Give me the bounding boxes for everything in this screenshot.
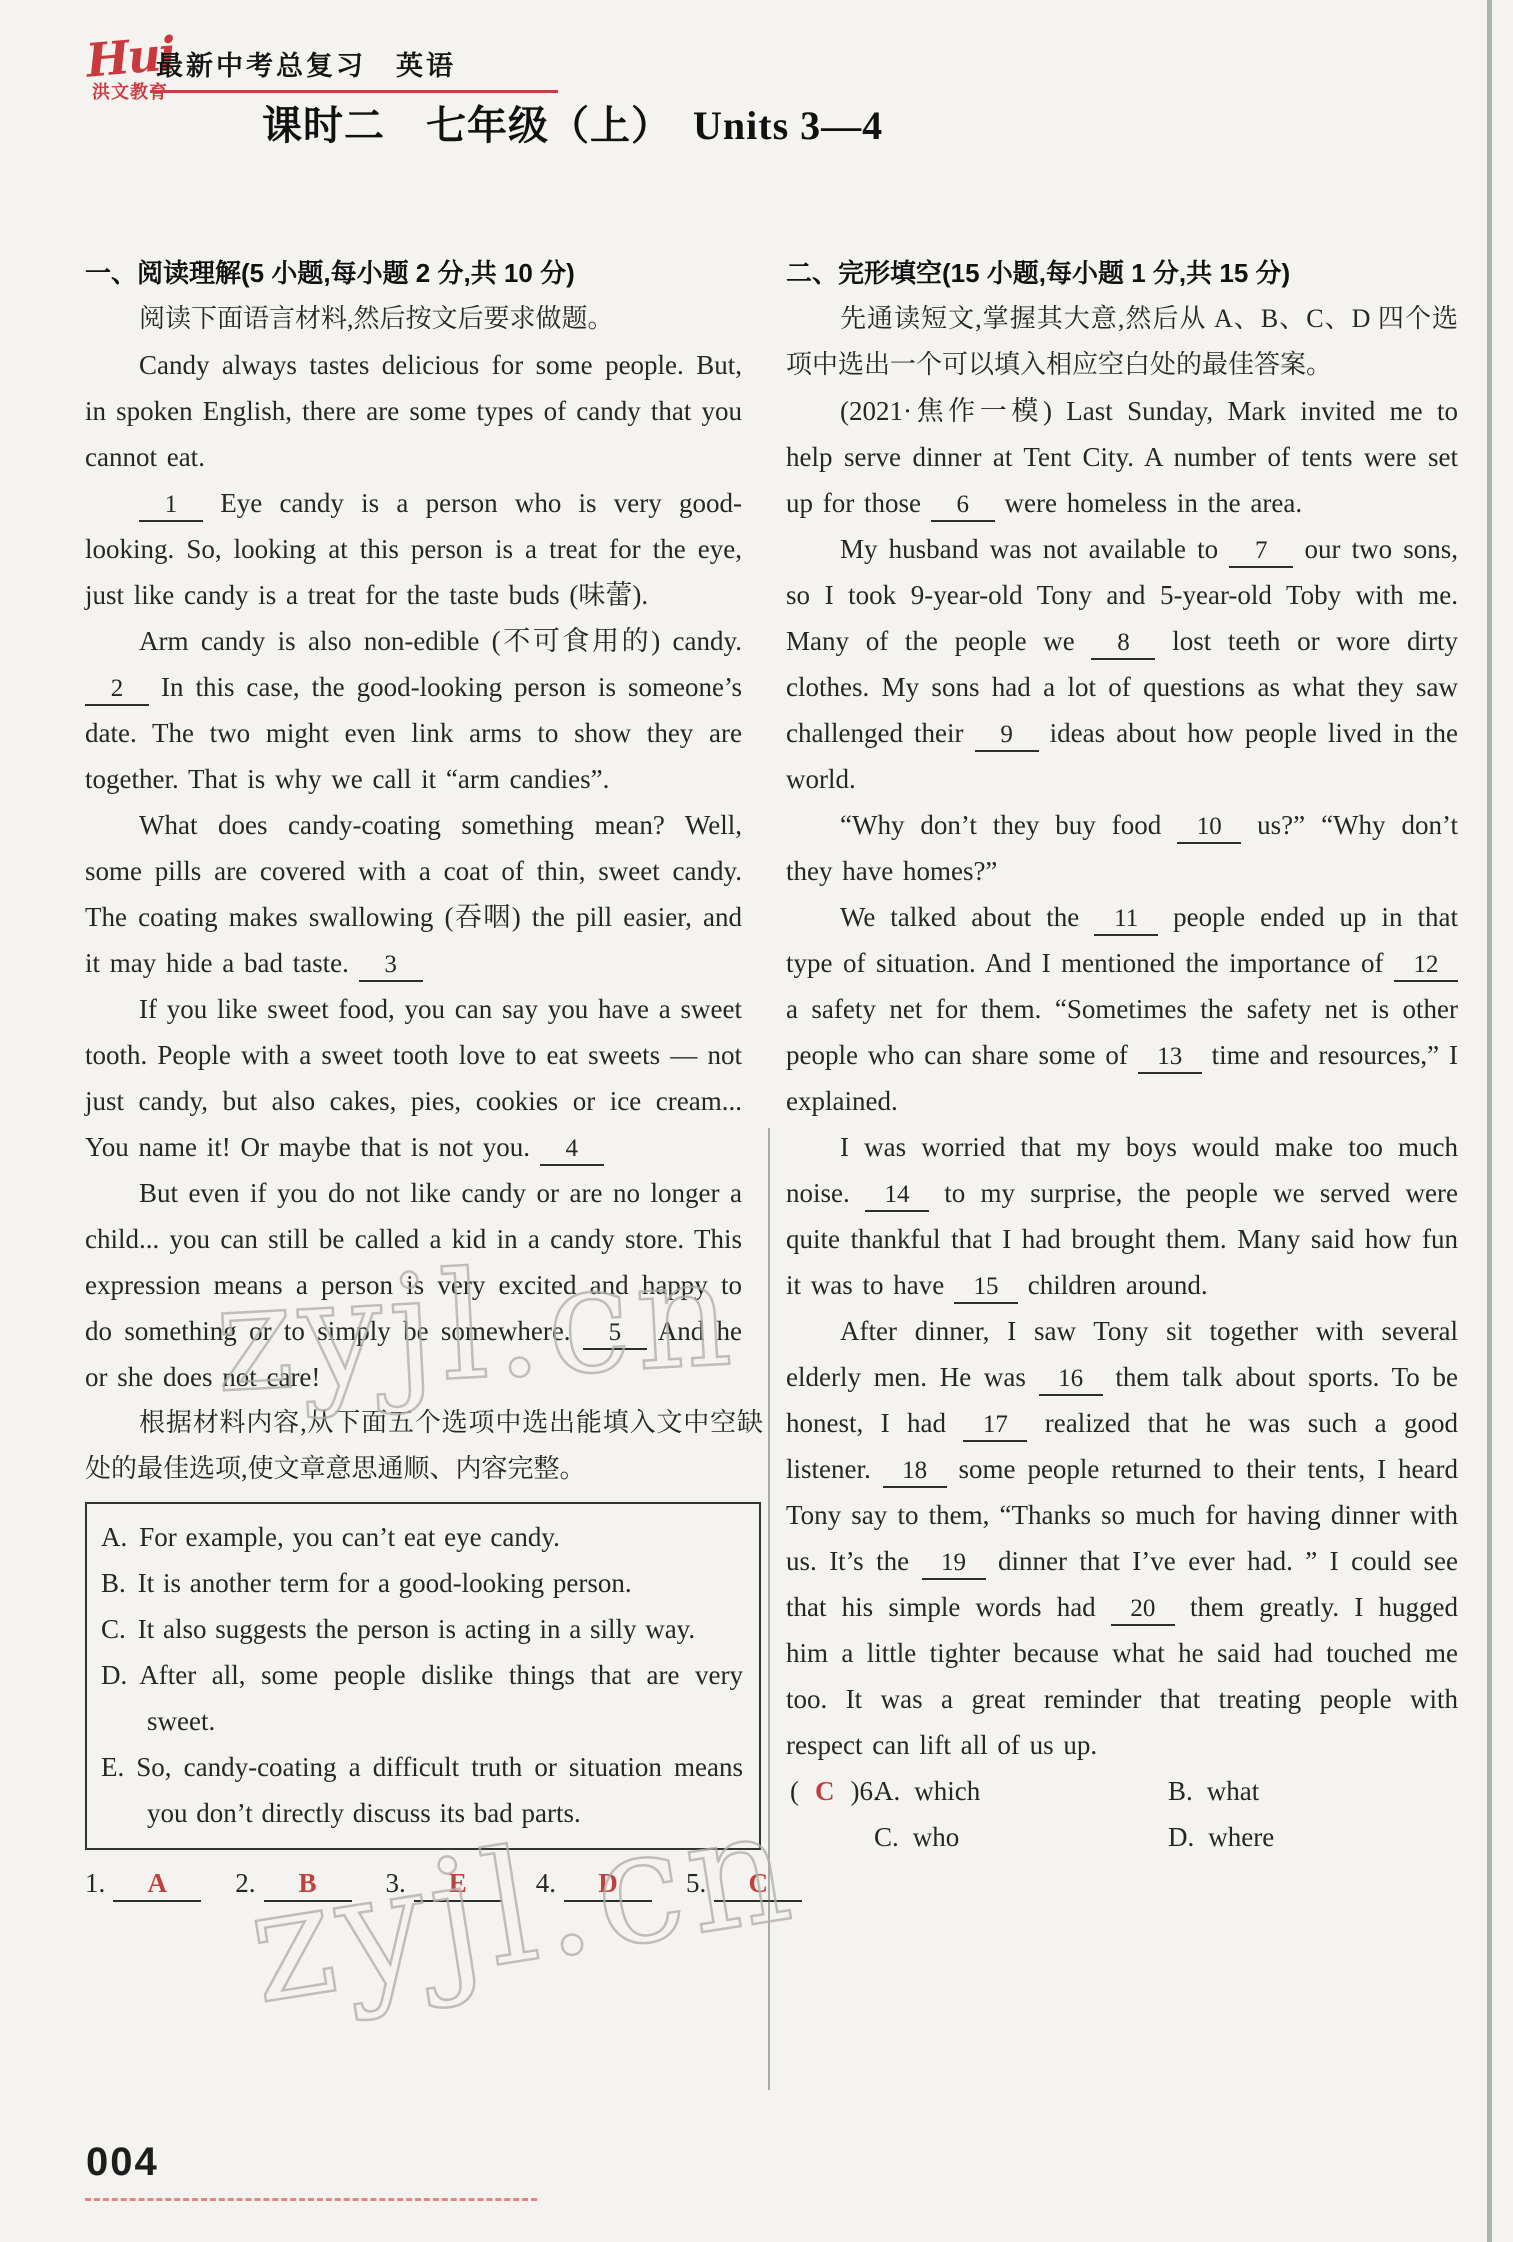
choice-d: D.where (1168, 1814, 1274, 1860)
answer-blank: A (113, 1866, 201, 1902)
question-6: (C)6. A.which B.what C.who D.where (786, 1768, 1458, 1860)
cloze-blank: 16 (1039, 1364, 1103, 1396)
cloze-blank: 17 (963, 1410, 1027, 1442)
cloze-blank: 7 (1229, 536, 1293, 568)
section-2-instruction: 先通读短文,掌握其大意,然后从 A、B、C、D 四个选项中选出一个可以填入相应空… (786, 296, 1458, 388)
passage-paragraph: But even if you do not like candy or are… (85, 1170, 742, 1400)
option-label: B. (101, 1568, 126, 1598)
choice-label: D. (1168, 1822, 1194, 1852)
option-row-c: C.It also suggests the person is acting … (101, 1606, 743, 1652)
option-label: D. (101, 1660, 127, 1690)
answer-item: 2.B (235, 1866, 351, 1902)
choice-label: A. (874, 1776, 900, 1806)
answer-item: 4.D (536, 1866, 652, 1902)
cloze-paragraph: After dinner, I saw Tony sit together wi… (786, 1308, 1458, 1768)
cloze-paragraph: We talked about the 11 people ended up i… (786, 894, 1458, 1124)
question-6-line-1: (C)6. A.which B.what (786, 1768, 1458, 1814)
option-text: It is another term for a good-looking pe… (138, 1568, 632, 1598)
cloze-blank: 10 (1177, 812, 1241, 844)
option-label: C. (101, 1614, 126, 1644)
answer-blank: E (414, 1866, 502, 1902)
section-1-heading: 一、阅读理解(5 小题,每小题 2 分,共 10 分) (85, 250, 763, 296)
answer-number: 5. (686, 1868, 706, 1898)
cloze-blank: 6 (931, 490, 995, 522)
cloze-blank: 12 (1394, 950, 1458, 982)
workbook-page: { "header": { "logo_script": "Hui", "log… (0, 0, 1513, 2242)
page-title: 课时二 七年级（上） Units 3—4 (262, 94, 883, 151)
answer-blank: C (714, 1866, 802, 1902)
section-reading: 一、阅读理解(5 小题,每小题 2 分,共 10 分) 阅读下面语言材料,然后按… (85, 250, 763, 1902)
choice-text: who (913, 1822, 960, 1852)
cloze-blank: 15 (954, 1272, 1018, 1304)
page-number-rule (85, 2198, 537, 2201)
cloze-blank: 3 (359, 950, 423, 982)
option-row-e: E.So, candy-coating a difficult truth or… (101, 1744, 743, 1836)
passage-paragraph: 1 Eye candy is a person who is very good… (85, 480, 742, 618)
answer-blank: D (564, 1866, 652, 1902)
cloze-blank: 8 (1091, 628, 1155, 660)
cloze-paragraph: (2021·焦作一模) Last Sunday, Mark invited me… (786, 388, 1458, 526)
option-text: After all, some people dislike things th… (139, 1660, 743, 1736)
section-2-heading: 二、完形填空(15 小题,每小题 1 分,共 15 分) (786, 250, 1458, 296)
answer-number: 1. (85, 1868, 105, 1898)
cloze-blank: 11 (1094, 904, 1158, 936)
answer-blank: B (264, 1866, 352, 1902)
choice-b: B.what (1168, 1768, 1259, 1814)
option-text: So, candy-coating a difficult truth or s… (136, 1752, 743, 1828)
scan-edge (1487, 0, 1492, 2242)
options-box: A.For example, you can’t eat eye candy. … (85, 1502, 761, 1850)
cloze-paragraph: My husband was not available to 7 our tw… (786, 526, 1458, 802)
question-6-answer: C (815, 1776, 835, 1806)
cloze-paragraph: I was worried that my boys would make to… (786, 1124, 1458, 1308)
answer-number: 3. (386, 1868, 406, 1898)
cloze-blank: 4 (540, 1134, 604, 1166)
subject-label: 英语 (396, 51, 456, 81)
answer-number: 4. (536, 1868, 556, 1898)
series-label: 最新中考总复习 (156, 51, 366, 81)
question-6-answer-box: (C)6. (790, 1768, 880, 1814)
cloze-blank: 9 (975, 720, 1039, 752)
question-6-line-2: C.who D.where (786, 1814, 1458, 1860)
cloze-blank: 14 (865, 1180, 929, 1212)
choice-text: what (1207, 1776, 1259, 1806)
header-rule (150, 90, 558, 93)
passage-paragraph: Arm candy is also non-edible (不可食用的) can… (85, 618, 742, 802)
passage-paragraph: If you like sweet food, you can say you … (85, 986, 742, 1170)
answer-item: 1.A (85, 1866, 201, 1902)
option-text: For example, you can’t eat eye candy. (139, 1522, 560, 1552)
cloze-blank: 13 (1138, 1042, 1202, 1074)
option-text: It also suggests the person is acting in… (138, 1614, 695, 1644)
choice-label: B. (1168, 1776, 1193, 1806)
option-row-a: A.For example, you can’t eat eye candy. (101, 1514, 743, 1560)
passage-paragraph: Candy always tastes delicious for some p… (85, 342, 742, 480)
cloze-blank: 5 (583, 1318, 647, 1350)
series-title: 最新中考总复习英语 (156, 44, 456, 83)
cloze-blank: 1 (139, 490, 203, 522)
option-label: A. (101, 1522, 127, 1552)
cloze-paragraph: “Why don’t they buy food 10 us?” “Why do… (786, 802, 1458, 894)
choice-label: C. (874, 1822, 899, 1852)
option-row-b: B.It is another term for a good-looking … (101, 1560, 743, 1606)
cloze-blank: 19 (922, 1548, 986, 1580)
cloze-blank: 2 (85, 674, 149, 706)
answer-row: 1.A 2.B 3.E 4.D 5.C (85, 1866, 763, 1902)
choice-c: C.who (874, 1814, 959, 1860)
paren-open: ( (790, 1776, 799, 1806)
option-row-d: D.After all, some people dislike things … (101, 1652, 743, 1744)
passage-paragraph: What does candy-coating something mean? … (85, 802, 742, 986)
cloze-blank: 20 (1111, 1594, 1175, 1626)
section-1-instruction-2: 根据材料内容,从下面五个选项中选出能填入文中空缺处的最佳选项,使文章意思通顺、内… (85, 1400, 763, 1492)
section-1-instruction: 阅读下面语言材料,然后按文后要求做题。 (85, 296, 763, 342)
section-cloze: 二、完形填空(15 小题,每小题 1 分,共 15 分) 先通读短文,掌握其大意… (786, 250, 1458, 1860)
answer-number: 2. (235, 1868, 255, 1898)
answer-item: 5.C (686, 1866, 802, 1902)
option-label: E. (101, 1752, 124, 1782)
cloze-blank: 18 (883, 1456, 947, 1488)
page-number: 004 (86, 2140, 159, 2185)
choice-a: A.which (874, 1768, 980, 1814)
answer-item: 3.E (386, 1866, 502, 1902)
choice-text: where (1208, 1822, 1274, 1852)
column-divider (768, 1128, 770, 2090)
choice-text: which (914, 1776, 980, 1806)
